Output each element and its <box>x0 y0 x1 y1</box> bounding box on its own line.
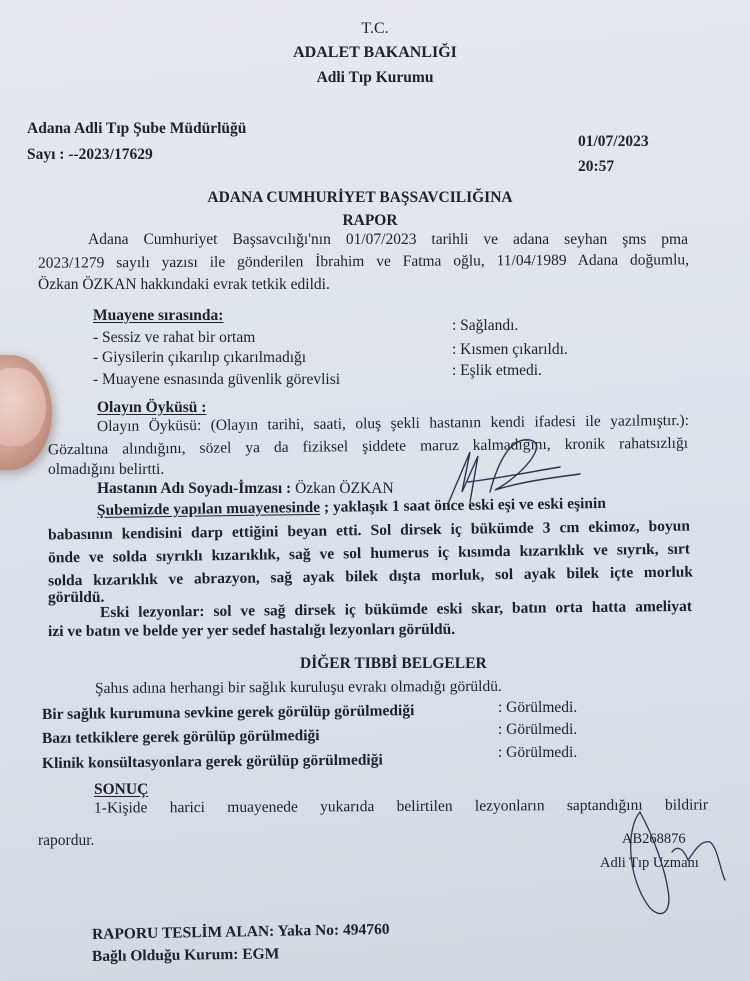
other-docs-heading: DİĞER TIBBİ BELGELER <box>300 656 487 672</box>
other-docs-value: : Görülmedi. <box>498 722 577 738</box>
exam-item-value: : Sağlandı. <box>452 318 518 334</box>
history-line-1: Olayın Öyküsü: (Olayın tarihi, saati, ol… <box>97 413 689 435</box>
ministry-title: ADALET BAKANLIĞI <box>0 45 750 61</box>
old-lesions-line-2: izi ve batın ve belde yer yer sedef hast… <box>48 622 455 640</box>
doc-title: RAPOR <box>330 213 410 229</box>
other-docs-value: : Görülmedi. <box>498 745 577 761</box>
receipt-received-by: RAPORU TESLİM ALAN: Yaka No: 494760 <box>92 922 390 943</box>
history-heading: Olayın Öyküsü : <box>97 400 206 416</box>
receipt-institution: Bağlı Olduğu Kurum: EGM <box>92 946 280 964</box>
findings-lead: Şubemizde yapılan muayenesinde <box>97 499 320 519</box>
intro-line-2: 2023/1279 sayılı yazısı ile gönderilen İ… <box>38 252 689 271</box>
exam-item-label: - Sessiz ve rahat bir ortam <box>93 330 255 346</box>
exam-item-label: - Muayene esnasında güvenlik görevlisi <box>93 372 340 388</box>
patient-signature-line: Hastanın Adı Soyadı-İmzası : Özkan ÖZKAN <box>97 481 394 497</box>
other-docs-value: : Görülmedi. <box>498 700 577 716</box>
document-time: 20:57 <box>578 159 614 175</box>
history-line-3: olmadığını belirtti. <box>48 462 164 478</box>
findings-line-1-rest: ; yaklaşık 1 saat önce eski eşi ve eski … <box>324 495 606 516</box>
addressee: ADANA CUMHURİYET BAŞSAVCILIĞINA <box>190 190 530 206</box>
other-docs-statement: Şahıs adına herhangi bir sağlık kuruluşu… <box>95 679 502 697</box>
expert-title: Adli Tıp Uzmanı <box>600 856 699 871</box>
expert-id: AB268876 <box>622 832 686 847</box>
findings-line-1: Şubemizde yapılan muayenesinde ; yaklaşı… <box>97 496 606 519</box>
intro-line-3: Özkan ÖZKAN hakkındaki evrak tetkik edil… <box>38 277 330 293</box>
branch-name: Adana Adli Tıp Şube Müdürlüğü <box>27 121 246 137</box>
exam-item-label: - Giysilerin çıkarılıp çıkarılmadığı <box>93 350 306 366</box>
findings-line-2: babasının kendisini darp ettiğini beyan … <box>48 519 690 543</box>
document-number: Sayı : --2023/17629 <box>27 147 153 163</box>
examination-heading: Muayene sırasında: <box>93 308 223 324</box>
findings-line-3: önde ve solda sıyrıklı kızarıklık, sağ v… <box>48 542 690 566</box>
conclusion-line-1: 1-Kişide harici muayenede yukarıda belir… <box>94 797 708 816</box>
other-docs-label: Bazı tetkiklere gerek görülüp görülmediğ… <box>42 728 320 746</box>
other-docs-label: Klinik konsültasyonlara gerek görülüp gö… <box>42 752 383 771</box>
findings-line-5: görüldü. <box>48 590 104 606</box>
intro-line-1: Adana Cumhuriyet Başsavcılığı'nın 01/07/… <box>88 232 688 248</box>
exam-item-value: : Kısmen çıkarıldı. <box>452 342 568 358</box>
country-label: T.C. <box>0 21 750 37</box>
conclusion-heading: SONUÇ <box>94 782 148 798</box>
findings-line-4: solda kızarıklık ve abrazyon, sağ ayak b… <box>48 564 693 589</box>
old-lesions-line-1: Eski lezyonlar: sol ve sağ dirsek iç bük… <box>100 599 692 621</box>
report-page: T.C. ADALET BAKANLIĞI Adli Tıp Kurumu Ad… <box>0 0 750 981</box>
conclusion-line-2: rapordur. <box>38 833 94 849</box>
institution-title: Adli Tıp Kurumu <box>0 70 750 86</box>
patient-signature-label: Hastanın Adı Soyadı-İmzası : <box>97 480 291 497</box>
document-date: 01/07/2023 <box>578 134 649 150</box>
other-docs-label: Bir sağlık kurumuna sevkine gerek görülü… <box>42 703 415 722</box>
history-line-2: Gözaltına alındığını, sözel ya da fiziks… <box>48 436 688 458</box>
exam-item-value: : Eşlik etmedi. <box>452 363 542 379</box>
patient-name: Özkan ÖZKAN <box>295 480 394 497</box>
